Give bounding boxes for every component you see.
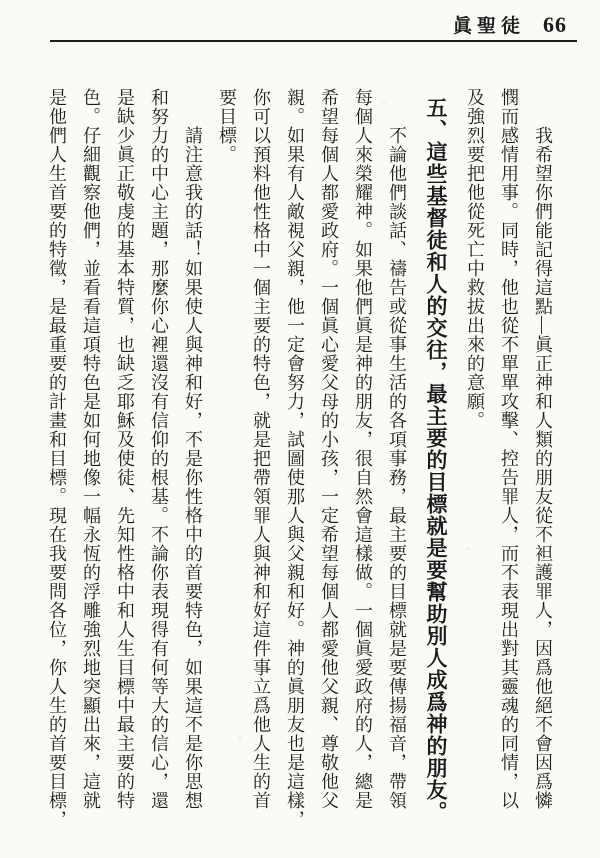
text-column: 你可以預料他性格中一個主要的特色，就是把帶領罪人與神和好這件事立爲他人生的首 bbox=[244, 88, 278, 838]
text-column: 及強烈要把他從死亡中救拔出來的意願。 bbox=[458, 88, 492, 838]
text-column: 不論他們談話、禱告或從事生活的各項事務，最主要的目標就是要傳揚福音，帶領 bbox=[380, 88, 414, 838]
text-column: 和努力的中心主題，那麼你心裡還沒有信仰的根基。不論你表現得有何等大的信心，還 bbox=[142, 88, 176, 838]
text-column: 每個人來榮耀神。如果他們眞是神的朋友，很自然會這樣做。一個眞愛政府的人，總是 bbox=[346, 88, 380, 838]
text-column: 是他們人生首要的特徵，是最重要的計畫和目標。現在我要問各位，你人生的首要目標， bbox=[40, 88, 74, 838]
text-column: 我希望你們能記得這點—眞正神和人類的朋友從不袒護罪人，因爲他絕不會因爲憐 bbox=[526, 88, 560, 838]
book-title: 眞聖徒 bbox=[453, 11, 525, 38]
text-column: 憫而感情用事。同時，他也從不單單攻擊、控告罪人，而不表現出對其靈魂的同情，以 bbox=[492, 88, 526, 838]
section-heading-column: 五、這些基督徒和人的交往，最主要的目標就是要幫助別人成爲神的朋友。 bbox=[421, 88, 451, 838]
running-head: 眞聖徒 66 bbox=[453, 11, 567, 38]
text-column: 請注意我的話！如果使人與神和好，不是你性格中的首要特色，如果這不是你思想 bbox=[176, 88, 210, 838]
header-divider bbox=[50, 40, 577, 42]
text-column: 色。仔細觀察他們，並看看這項特色是如何地像一幅永恆的浮雕強烈地突顯出來，這就 bbox=[74, 88, 108, 838]
text-column: 希望每個人都愛政府。一個眞心愛父母的小孩，一定希望每個人都愛他父親、尊敬他父 bbox=[312, 88, 346, 838]
text-block: 我希望你們能記得這點—眞正神和人類的朋友從不袒護罪人，因爲他絕不會因爲憐憫而感情… bbox=[40, 88, 560, 838]
page-number: 66 bbox=[543, 12, 567, 38]
text-column: 親。如果有人敵視父親，他一定會努力，試圖使那人與父親和好。神的眞朋友也是這樣， bbox=[278, 88, 312, 838]
book-page: 眞聖徒 66 我希望你們能記得這點—眞正神和人類的朋友從不袒護罪人，因爲他絕不會… bbox=[0, 0, 600, 858]
text-column: 是缺少眞正敬虔的基本特質，也缺乏耶穌及使徒、先知性格中和人生目標中最主要的特 bbox=[108, 88, 142, 838]
text-column: 要目標。 bbox=[210, 88, 244, 838]
